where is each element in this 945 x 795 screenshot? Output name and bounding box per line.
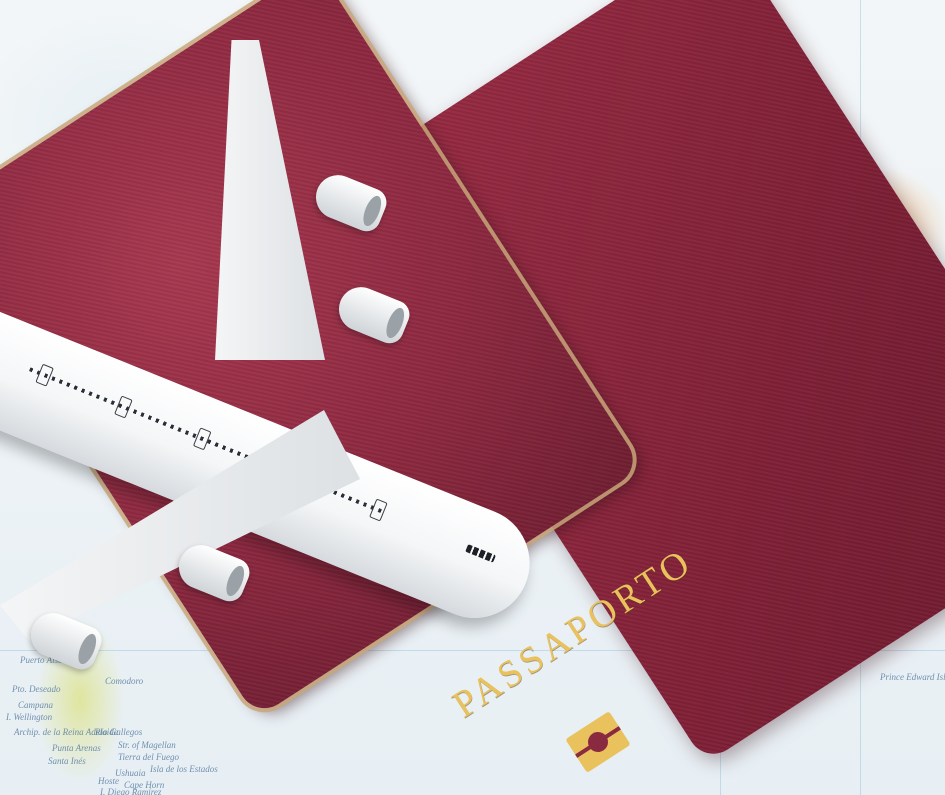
- airplane-wing-top: [215, 40, 325, 360]
- model-airplane: [0, 0, 945, 795]
- airplane-engine: [332, 280, 413, 347]
- airplane-door: [369, 499, 388, 522]
- airplane-cockpit: [465, 544, 496, 563]
- photo-scene: Puerto Aisén Comodoro Pto. Deseado Campa…: [0, 0, 945, 795]
- airplane-engine: [309, 168, 390, 235]
